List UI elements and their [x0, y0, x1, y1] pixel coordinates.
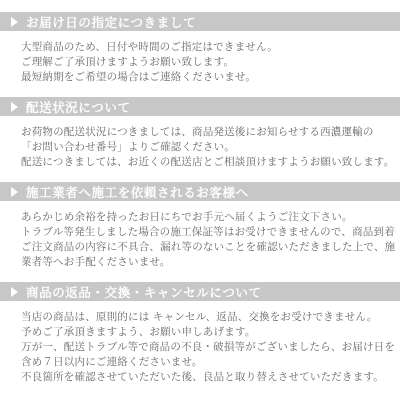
section-body-shipping-status: お荷物の配送状況につきましては、商品発送後にお知らせする西濃運輸の 「お問い合わ…: [21, 125, 396, 170]
text-line: 「お問い合わせ番号」よりご確認ください。: [21, 140, 396, 155]
text-line: 予めご了承頂きますよう、お願い申しあげます。: [21, 325, 396, 340]
section-title: 商品の返品・交換・キャンセルについて: [26, 283, 262, 301]
text-line: 配送につきましては、お近くの配送店とご相談頂けますようお願い致します。: [21, 155, 396, 170]
text-line: あらかじめ余裕を持ったお日にちでお手元へ届くようご注文下さい。: [21, 210, 396, 225]
text-line: 含め７日以内にご連絡くださいませ。: [21, 355, 396, 370]
section-body-contractor-notice: あらかじめ余裕を持ったお日にちでお手元へ届くようご注文下さい。 トラブル等発生し…: [21, 210, 396, 270]
text-line: 万が一、配送トラブル等で商品の不良・破損等がございましたら、お届け日を: [21, 340, 396, 355]
section-header-delivery-date: お届け日の指定につきまして: [0, 12, 400, 31]
arrow-right-icon: [11, 102, 18, 112]
text-line: 当店の商品は、原則的には キャンセル、返品、交換をお受けできません。: [21, 310, 396, 325]
text-line: ご注文商品の内容に不具合、漏れ等のないことを確認いただきました上で、施工: [21, 240, 396, 255]
section-title: 配送状況について: [26, 98, 131, 116]
section-shipping-status: 配送状況について お荷物の配送状況につきましては、商品発送後にお知らせする西濃運…: [0, 97, 400, 170]
section-header-returns-policy: 商品の返品・交換・キャンセルについて: [0, 282, 400, 301]
section-returns-policy: 商品の返品・交換・キャンセルについて 当店の商品は、原則的には キャンセル、返品…: [0, 282, 400, 385]
section-delivery-date: お届け日の指定につきまして 大型商品のため、日付や時間のご指定はできません。 ご…: [0, 12, 400, 85]
section-contractor-notice: 施工業者へ施工を依頼されるお客様へ あらかじめ余裕を持ったお日にちでお手元へ届く…: [0, 182, 400, 270]
arrow-right-icon: [11, 187, 18, 197]
shipping-info-panel: お届け日の指定につきまして 大型商品のため、日付や時間のご指定はできません。 ご…: [0, 0, 400, 400]
section-title: 施工業者へ施工を依頼されるお客様へ: [26, 183, 249, 201]
section-title: お届け日の指定につきまして: [26, 13, 196, 31]
text-line: 不良箇所を確認させていただいた後、良品と取り替えさせていただきます。: [21, 370, 396, 385]
arrow-right-icon: [11, 287, 18, 297]
text-line: 最短納期をご希望の場合はご連絡くださいませ。: [21, 70, 396, 85]
text-line: 業者等へお手配くださいませ。: [21, 255, 396, 270]
text-line: 大型商品のため、日付や時間のご指定はできません。: [21, 40, 396, 55]
section-body-returns-policy: 当店の商品は、原則的には キャンセル、返品、交換をお受けできません。 予めご了承…: [21, 310, 396, 385]
text-line: ご理解ご了承頂けますようお願い致します。: [21, 55, 396, 70]
text-line: トラブル等発生しました場合の施工保証等はお受けできませんので、商品到着後、: [21, 225, 396, 240]
text-line: お荷物の配送状況につきましては、商品発送後にお知らせする西濃運輸の: [21, 125, 396, 140]
section-header-contractor-notice: 施工業者へ施工を依頼されるお客様へ: [0, 182, 400, 201]
section-header-shipping-status: 配送状況について: [0, 97, 400, 116]
section-body-delivery-date: 大型商品のため、日付や時間のご指定はできません。 ご理解ご了承頂けますようお願い…: [21, 40, 396, 85]
arrow-right-icon: [11, 17, 18, 27]
